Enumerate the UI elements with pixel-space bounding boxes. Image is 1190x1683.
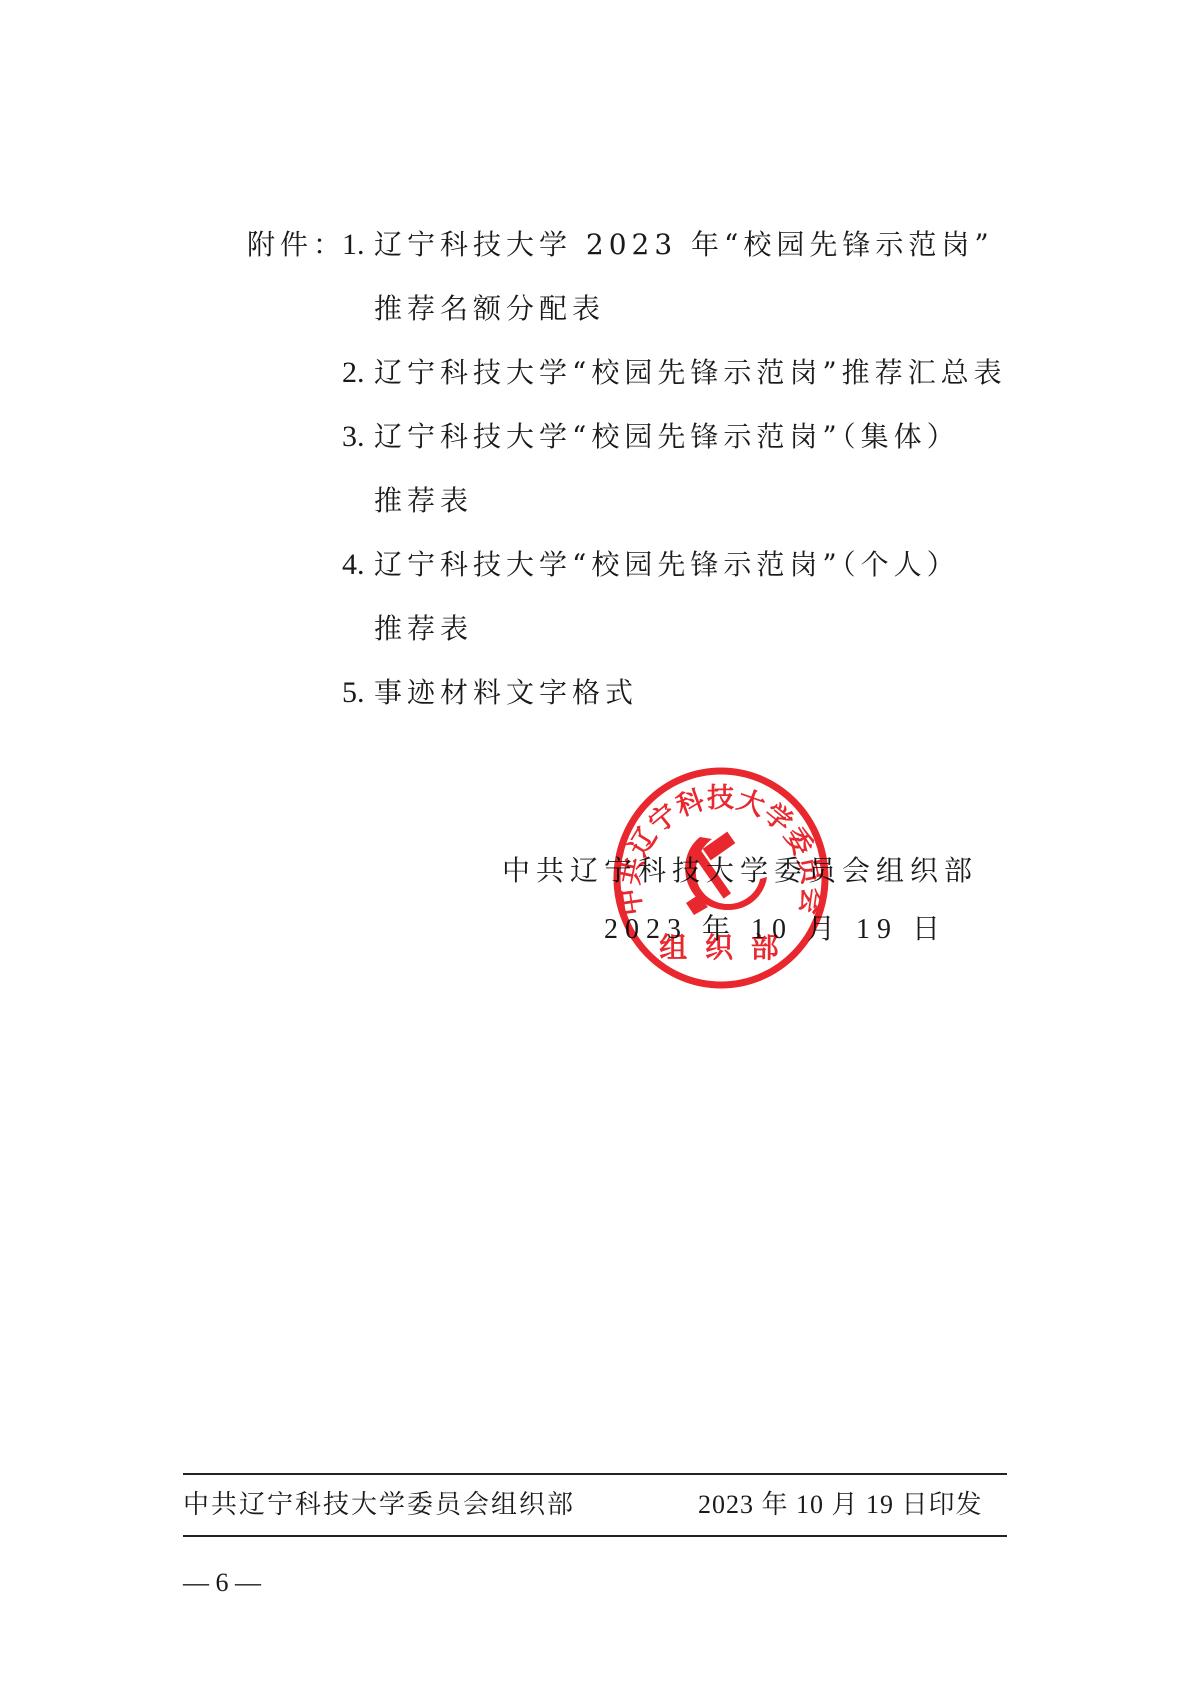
attachment-item-1: 1.辽宁科技大学 2023 年“校园先锋示范岗”: [342, 225, 994, 265]
attachment-item-1-continued: 推荐名额分配表: [374, 289, 605, 329]
attachment-item-2: 2.辽宁科技大学“校园先锋示范岗”推荐汇总表: [342, 353, 1007, 393]
attachment-number: 5.: [342, 673, 374, 713]
page-number: — 6 —: [183, 1566, 261, 1600]
footer-bottom-rule: [183, 1535, 1007, 1537]
attachment-number: 1.: [342, 225, 374, 265]
attachment-item-4: 4.辽宁科技大学“校园先锋示范岗”（个人）: [342, 545, 960, 585]
attachment-title: 辽宁科技大学“校园先锋示范岗”（个人）: [374, 548, 960, 581]
footer-issuer: 中共辽宁科技大学委员会组织部: [183, 1487, 575, 1523]
attachment-number: 3.: [342, 417, 374, 457]
footer-top-rule: [183, 1473, 1007, 1475]
attachment-title: 事迹材料文字格式: [374, 676, 638, 709]
attachment-item-4-continued: 推荐表: [374, 609, 473, 649]
attachment-item-3: 3.辽宁科技大学“校园先锋示范岗”（集体）: [342, 417, 960, 457]
attachment-title: 辽宁科技大学 2023 年“校园先锋示范岗”: [374, 228, 994, 261]
official-seal-icon: 中共辽宁科技大学委员会 组 织 部: [612, 767, 830, 989]
attachment-number: 2.: [342, 353, 374, 393]
attachment-title: 辽宁科技大学“校园先锋示范岗”推荐汇总表: [374, 356, 1007, 389]
attachment-item-3-continued: 推荐表: [374, 481, 473, 521]
seal-bottom-text: 组 织 部: [659, 931, 783, 964]
hammer-sickle-icon: [685, 832, 767, 915]
attachment-title: 辽宁科技大学“校园先锋示范岗”（集体）: [374, 420, 960, 453]
attachment-item-5: 5.事迹材料文字格式: [342, 673, 638, 713]
attachments-label: 附件：: [247, 225, 346, 265]
attachment-number: 4.: [342, 545, 374, 585]
footer-issue-date: 2023 年 10 月 19 日印发: [698, 1487, 983, 1523]
